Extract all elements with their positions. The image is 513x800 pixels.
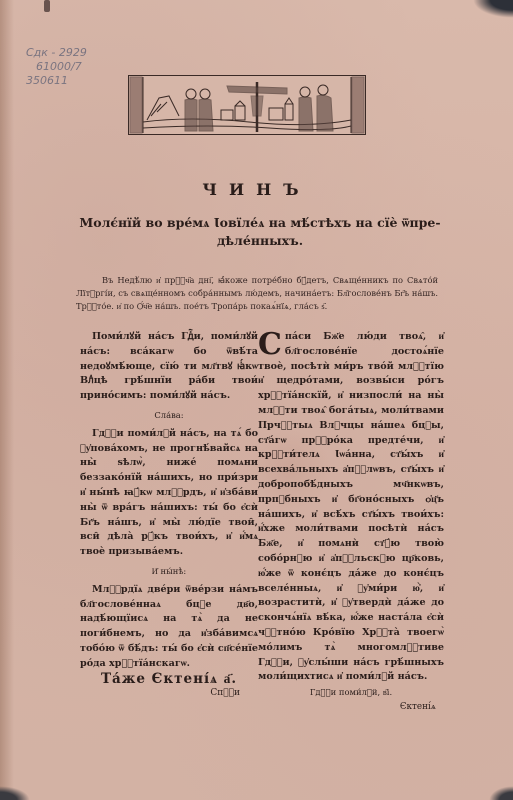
paper-edge-stain [0, 0, 14, 800]
shelfmark-line: 61000/7 [26, 60, 87, 74]
prayer-paragraph: Поми́лꙋй на́съ Гдⷭ҇и, поми́лꙋй на́съ: вс… [80, 330, 258, 404]
torn-corner [489, 786, 513, 800]
right-column: Спа́си Бж҃е лю́ди твоѧ̑, и҆ бл҃гослове́н… [258, 330, 444, 715]
prayer-text: па́си Бж҃е лю́ди твоѧ̑, и҆ бл҃гослове́нї… [258, 331, 444, 682]
crucifixion-woodcut-icon [128, 75, 366, 135]
left-column: Поми́лꙋй на́съ Гдⷭ҇и, поми́лꙋй на́съ: вс… [80, 330, 258, 701]
catchword: Спⷭ҇и [80, 686, 258, 701]
prayer-paragraph: Гдⷭ҇и поми́лꙋй на́съ, на тѧ́ бо ᲂу҆пова́… [80, 427, 258, 560]
section-heading: И҆ ны́нѣ: [80, 564, 258, 579]
ink-blot [44, 0, 50, 12]
torn-corner [0, 786, 30, 800]
catchword: Єктені́ѧ [258, 700, 444, 715]
shelfmark-annotation: Сдк - 2929 61000/7 350611 [26, 46, 87, 88]
shelfmark-line: Сдк - 2929 [26, 46, 87, 60]
section-heading: Сла́ва: [80, 408, 258, 423]
prayer-paragraph: Млⷭ҇рдїѧ две́ри ѿве́рзи на́мъ бл҃гослове… [80, 583, 258, 672]
document-subtitle: Молє́нїй во вре́мѧ Ꙇовїле́ѧ на мѣ́стѣхъ … [60, 214, 460, 250]
prayer-paragraph: Спа́си Бж҃е лю́ди твоѧ̑, и҆ бл҃гослове́н… [258, 330, 444, 685]
litany-title: Та́же Єктені́ѧ а҃. [80, 672, 258, 687]
document-title: ЧИНЪ [0, 180, 513, 199]
rubric-instructions: Въ Недѣ́лю и҆ прⷭ҇ч҃а дні҃, ꙗ҆́коже потр… [76, 274, 438, 313]
torn-corner [473, 0, 513, 18]
document-page: Сдк - 2929 61000/7 350611 [0, 0, 513, 800]
drop-cap: С [258, 332, 282, 358]
shelfmark-line: 350611 [26, 74, 87, 88]
response-line: Гдⷭ҇и поми́лꙋй, в҃і. [258, 685, 444, 700]
